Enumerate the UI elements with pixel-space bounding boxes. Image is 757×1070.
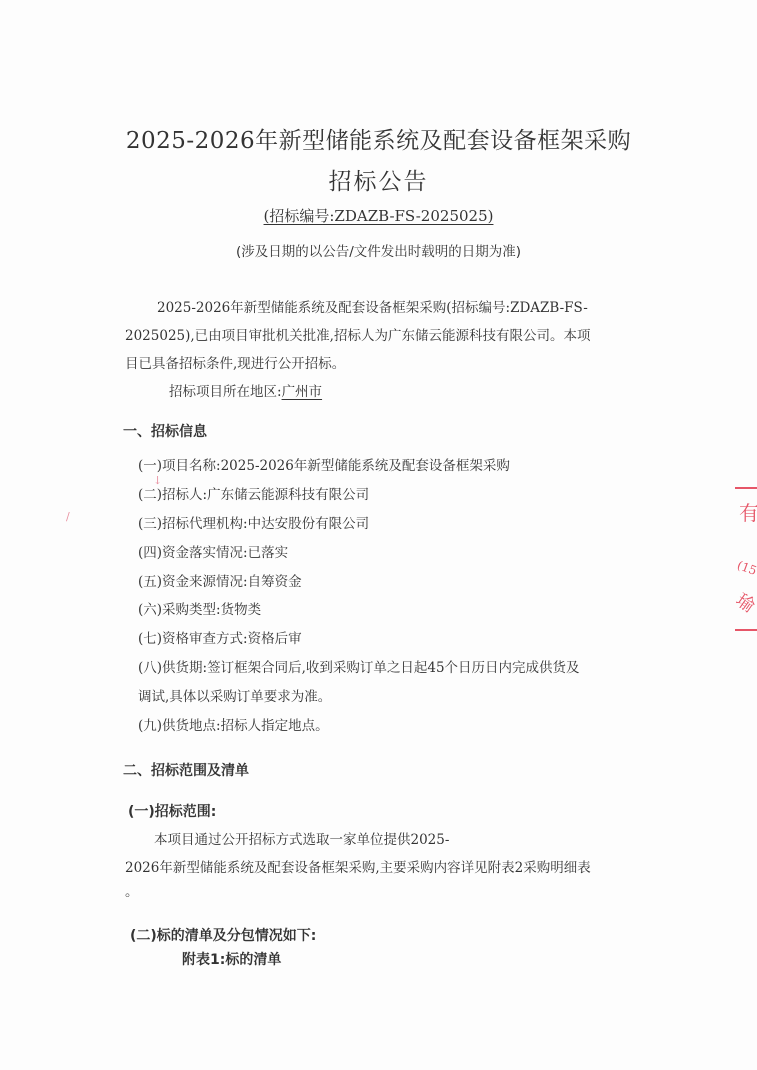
document-page: 2025-2026年新型储能系统及配套设备框架采购 招标公告 (招标编号:ZDA… xyxy=(0,0,757,1070)
info-item-delivery-period: (八)供货期:签订框架合同后,收到采购订单之日起45个日历日内完成供货及 xyxy=(138,656,580,676)
section-1-heading: 一、招标信息 xyxy=(123,421,207,441)
annotation-mark: ↓ xyxy=(153,474,162,487)
intro-line-3: 目已具备招标条件,现进行公开招标。 xyxy=(125,352,345,372)
bid-number: (招标编号:ZDAZB-FS-2025025) xyxy=(0,205,757,226)
scope-line-2: 2026年新型储能系统及配套设备框架采购,主要采购内容详见附表2采购明细表 xyxy=(125,856,591,876)
info-item-funding-status: (四)资金落实情况:已落实 xyxy=(138,541,288,561)
company-seal-stamp: 有 (15 瑜 xyxy=(735,487,757,631)
info-item-funding-source: (五)资金来源情况:自筹资金 xyxy=(138,570,302,590)
region-value: 广州市 xyxy=(282,384,323,400)
info-item-agency: (三)招标代理机构:中达安股份有限公司 xyxy=(138,512,369,532)
info-item-procurement-type: (六)采购类型:货物类 xyxy=(138,598,261,618)
table-1-caption: 附表1:标的清单 xyxy=(182,949,281,969)
info-item-project-name: (一)项目名称:2025-2026年新型储能系统及配套设备框架采购 xyxy=(138,454,510,474)
margin-mark: / xyxy=(66,510,70,523)
region-label: 招标项目所在地区: xyxy=(169,384,282,400)
bid-number-text: (招标编号:ZDAZB-FS-2025025) xyxy=(264,207,494,225)
lot-list-heading: (二)标的清单及分包情况如下: xyxy=(130,925,316,945)
date-note: (涉及日期的以公告/文件发出时载明的日期为准) xyxy=(0,240,757,260)
info-item-qualification-review: (七)资格审查方式:资格后审 xyxy=(138,627,302,647)
document-title: 2025-2026年新型储能系统及配套设备框架采购 xyxy=(0,122,757,155)
scope-line-1: 本项目通过公开招标方式选取一家单位提供2025- xyxy=(154,828,449,848)
info-item-tenderer: (二)招标人:广东储云能源科技有限公司 xyxy=(138,483,369,503)
scope-line-3: 。 xyxy=(125,880,139,900)
document-subtitle: 招标公告 xyxy=(0,163,757,196)
intro-line-1: 2025-2026年新型储能系统及配套设备框架采购(招标编号:ZDAZB-FS- xyxy=(157,296,588,316)
seal-char-2: (15 xyxy=(735,558,757,578)
info-item-delivery-period-cont: 调试,具体以采购订单要求为准。 xyxy=(138,685,331,705)
seal-char-1: 有 xyxy=(739,497,757,526)
section-2-heading: 二、招标范围及清单 xyxy=(123,760,249,780)
intro-line-2: 2025025),已由项目审批机关批准,招标人为广东储云能源科技有限公司。本项 xyxy=(125,324,590,344)
info-item-delivery-location: (九)供货地点:招标人指定地点。 xyxy=(138,714,329,734)
scope-heading: (一)招标范围: xyxy=(128,801,216,821)
region-row: 招标项目所在地区:广州市 xyxy=(169,380,322,400)
seal-char-3: 瑜 xyxy=(731,586,757,618)
